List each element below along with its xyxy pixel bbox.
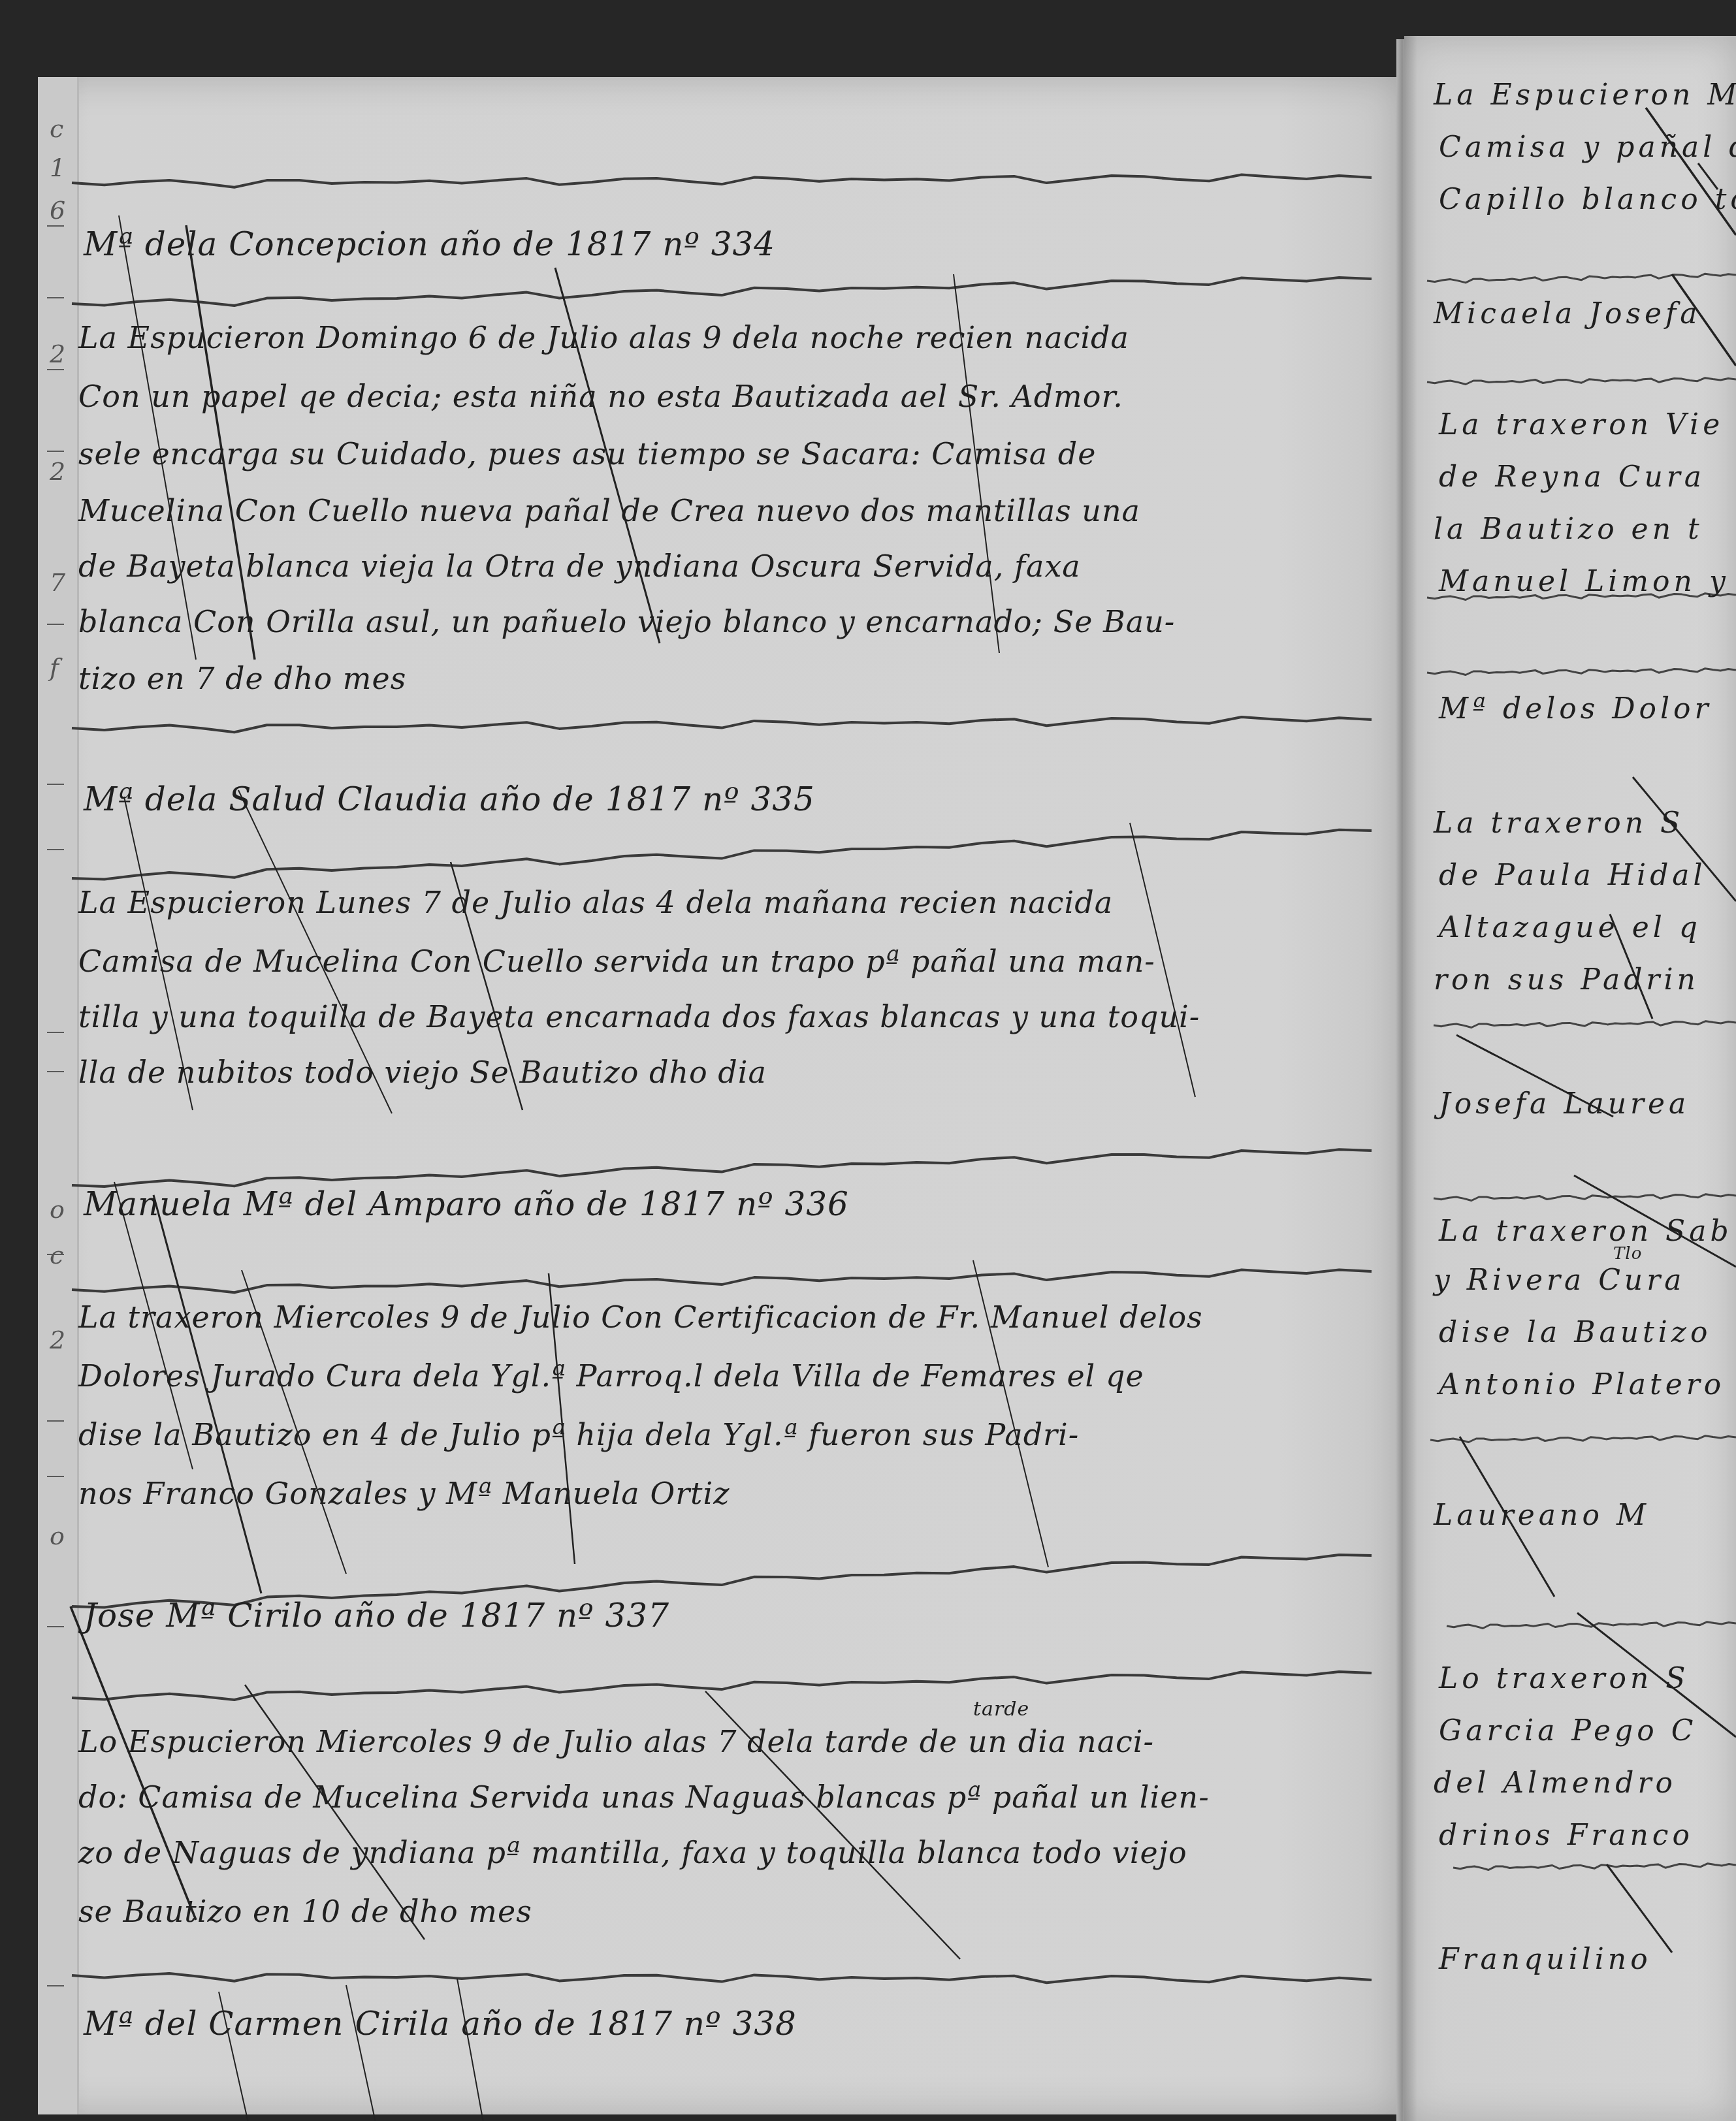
right-fragment-line: dise la Bautizo	[1439, 1316, 1711, 1349]
entry-334-line-3: sele encarga su Cuidado, pues asu tiempo…	[78, 436, 1097, 471]
right-fragment-line: Laureano M	[1434, 1499, 1650, 1532]
entry-336-line-3: dise la Bautizo en 4 de Julio pª hija de…	[78, 1417, 1079, 1452]
entry-337-line-2: do: Camisa de Mucelina Servida unas Nagu…	[78, 1779, 1210, 1815]
right-fragment-line: drinos Franco	[1439, 1819, 1694, 1852]
entry-335-line-1: La Espucieron Lunes 7 de Julio alas 4 de…	[78, 885, 1113, 920]
right-fragment-line: Mª delos Dolor	[1439, 692, 1712, 726]
right-fragment-line: Micaela Josefa	[1434, 297, 1701, 330]
entry-title-335: Mª dela Salud Claudia año de 1817 nº 335	[84, 780, 815, 818]
right-fragment-line: de Paula Hidal	[1439, 859, 1707, 892]
entry-334-line-7: tizo en 7 de dho mes	[78, 661, 406, 696]
entry-334-line-1: La Espucieron Domingo 6 de Julio alas 9 …	[78, 320, 1129, 355]
entry-title-336: Manuela Mª del Amparo año de 1817 nº 336	[84, 1185, 849, 1223]
entry-334-line-4: Mucelina Con Cuello nueva pañal de Crea …	[78, 493, 1140, 528]
entry-335-line-3: tilla y una toquilla de Bayeta encarnada…	[78, 999, 1200, 1034]
entry-336-line-2: Dolores Jurado Cura dela Ygl.ª Parroq.l …	[78, 1358, 1144, 1394]
right-fragment-line: Josefa Laurea	[1439, 1087, 1690, 1121]
right-fragment-line: La traxeron Sab	[1439, 1215, 1733, 1248]
right-fragment-line: Altazague el q	[1439, 911, 1701, 944]
entry-334-line-5: de Bayeta blanca vieja la Otra de yndian…	[78, 549, 1081, 584]
right-fragment-line: Garcia Pego C	[1439, 1714, 1697, 1747]
right-fragment-line: Capillo blanco tod	[1439, 183, 1736, 216]
right-fragment-line: La Espucieron M	[1434, 78, 1736, 112]
entry-337-line-3: zo de Naguas de yndiana pª mantilla, fax…	[78, 1835, 1187, 1870]
entry-334-line-6: blanca Con Orilla asul, un pañuelo viejo…	[78, 604, 1175, 639]
right-fragment-line: Camisa y pañal d	[1439, 131, 1736, 164]
right-fragment-line: Manuel Limon y	[1439, 565, 1729, 598]
right-fragment-line: Lo traxeron S	[1439, 1662, 1690, 1695]
interlinear-insert-tarde: tarde	[973, 1698, 1029, 1721]
entry-335-line-2: Camisa de Mucelina Con Cuello servida un…	[78, 944, 1155, 979]
entry-337-line-1: Lo Espucieron Miercoles 9 de Julio alas …	[78, 1724, 1154, 1759]
right-fragment-line: Franquilino	[1439, 1943, 1652, 1976]
entry-336-line-4: nos Franco Gonzales y Mª Manuela Ortiz	[78, 1476, 730, 1511]
entry-335-line-4: lla de nubitos todo viejo Se Bautizo dho…	[78, 1055, 767, 1090]
right-fragment-line: la Bautizo en t	[1434, 513, 1703, 546]
right-fragment-line: La traxeron S	[1434, 806, 1684, 840]
entry-334-line-2: Con un papel qe decia; esta niña no esta…	[78, 379, 1123, 414]
right-fragment-line: La traxeron Vie	[1439, 408, 1724, 441]
entry-title-337: Jose Mª Cirilo año de 1817 nº 337	[84, 1597, 669, 1635]
right-fragment-line: del Almendro	[1434, 1766, 1677, 1800]
entry-336-line-1: La traxeron Miercoles 9 de Julio Con Cer…	[78, 1300, 1203, 1335]
right-fragment-line: Antonio Platero	[1439, 1368, 1725, 1401]
right-fragment-line: y Rivera Cura	[1434, 1264, 1685, 1297]
right-fragment-line: de Reyna Cura	[1439, 460, 1705, 494]
right-fragment-line: ron sus Padrin	[1434, 963, 1699, 997]
entry-title-334: Mª dela Concepcion año de 1817 nº 334	[84, 225, 775, 263]
right-superscript-note: Tlo	[1613, 1244, 1642, 1264]
entry-337-line-4: se Bautizo en 10 de dho mes	[78, 1894, 532, 1929]
entry-title-338: Mª del Carmen Cirila año de 1817 nº 338	[84, 2005, 797, 2043]
